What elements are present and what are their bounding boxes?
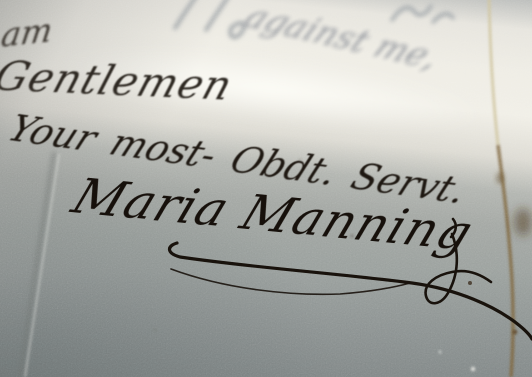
paper-crease-left xyxy=(20,152,59,377)
flourish-main-stroke xyxy=(169,243,532,339)
handwriting-am: am xyxy=(0,13,55,52)
flourish-return-arc xyxy=(171,269,410,294)
paper-crease-right xyxy=(489,0,532,377)
letter-photo: against me, am Gentlemen Your most- Obdt… xyxy=(0,0,532,377)
handwriting-gentlemen: Gentlemen xyxy=(0,56,238,107)
faint-stroke-fragment-right xyxy=(392,6,453,22)
faint-stroke-fragment-left xyxy=(175,0,244,37)
